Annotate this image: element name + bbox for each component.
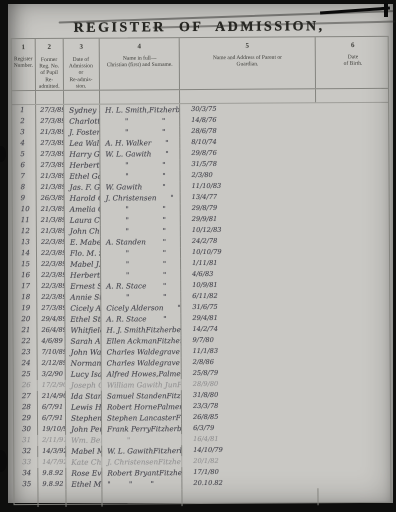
date-of-birth: 11/1/83 (182, 345, 318, 357)
parent-name: Charles Waldegrave (107, 357, 180, 368)
parent-guardian-cell: A. R. Stace" (101, 280, 181, 291)
date-of-birth: 13/4/77 (181, 191, 317, 203)
admission-date: 22/3/89 (37, 281, 65, 292)
parent-guardian-cell: "" (101, 258, 181, 269)
date-of-birth: 29/4/81 (181, 312, 317, 324)
parent-name: " (106, 291, 149, 302)
pupil-name: Whitfield Smith (65, 325, 101, 336)
parent-name: " (106, 214, 149, 225)
pupil-name: Kate Christensen (66, 457, 102, 468)
date-of-birth: 2/8/86 (182, 356, 318, 368)
admission-date: 2/12/89 (38, 358, 66, 369)
parent-guardian-cell: A. H. Walker" (100, 137, 180, 148)
parent-address (154, 478, 183, 489)
parent-name: " (106, 225, 149, 236)
pupil-name: Lewis Horne (66, 402, 102, 413)
column-number: 3 (79, 43, 83, 51)
date-of-birth: 26/8/85 (182, 411, 318, 423)
parent-guardian-cell: Charles Waldegrave (102, 346, 182, 357)
register-number: 27 (14, 391, 38, 402)
parent-name: " (106, 269, 149, 280)
date-of-birth: 29/9/81 (181, 213, 317, 225)
parent-address: Fitzherbert (146, 324, 182, 335)
pupil-name: Mabel Maginnity (66, 446, 102, 457)
parent-name: William Gawith Jun (107, 379, 177, 390)
admission-date: 27/3/89 (37, 303, 65, 314)
pupil-name: Joseph Gawith (66, 380, 102, 391)
date-of-birth: 23/3/78 (182, 400, 318, 412)
register-number: 10 (13, 204, 37, 215)
date-of-birth: 4/6/83 (181, 268, 317, 280)
admission-date: 22/3/89 (37, 237, 65, 248)
parent-address: " (156, 192, 180, 203)
admission-date: 17/2/90 (38, 380, 66, 391)
column-number: 6 (351, 41, 355, 49)
page-content: REGISTER OF ADMISSION, 1Register Number.… (6, 3, 394, 504)
parent-guardian-cell: A. R. Stace" (101, 313, 181, 324)
parent-name: " " " (107, 478, 154, 489)
pupil-name: Harry Gawith (64, 149, 100, 160)
admission-date: 2/11/91 (38, 435, 66, 446)
date-of-birth: 16/4/81 (182, 433, 318, 445)
parent-guardian-cell: A. Standen" (101, 236, 181, 247)
date-of-birth: 14/10/79 (182, 444, 318, 456)
admission-date: 14/7/92 (38, 457, 66, 468)
admission-date: 26/3/89 (37, 193, 65, 204)
pupil-name: Ethel Gawith (64, 171, 100, 182)
admission-date: 21/4/90 (38, 391, 66, 402)
admission-date: 6/7/91 (38, 413, 66, 424)
pupil-name: Annie Stace (65, 292, 101, 303)
pupil-name: John Christensen (65, 226, 101, 237)
admission-date: 21/3/89 (36, 171, 64, 182)
parent-guardian-cell: Charles Waldegrave (102, 357, 182, 368)
pupil-name: Stephen Lancaster (66, 413, 102, 424)
column-label: Former Reg. No. of Pupil Re- admitted. (37, 57, 62, 90)
date-of-birth: 10/12/83 (181, 224, 317, 236)
pupil-name: Ethel Stace (65, 314, 101, 325)
parent-name: " (106, 203, 149, 214)
register-number: 8 (13, 182, 37, 193)
pupil-name: John Waldegrave (66, 347, 102, 358)
column-label: Name and Address of Parent or Guardian. (211, 55, 284, 69)
register-number: 6 (12, 160, 36, 171)
pupil-name: Herbert Gawith (64, 160, 100, 171)
pupil-name: Sydney Smith (64, 105, 100, 116)
parent-guardian-cell: " (102, 434, 182, 445)
parent-guardian-cell: William Gawith JunFitzherbert (102, 379, 182, 390)
register-number: 19 (13, 303, 37, 314)
date-of-birth: 10/9/81 (181, 279, 317, 291)
register-number: 29 (14, 413, 38, 424)
parent-address: " (149, 247, 180, 258)
register-number: 14 (13, 248, 37, 259)
date-of-birth: 29/8/76 (180, 147, 316, 159)
page-title: REGISTER OF ADMISSION, (7, 19, 392, 37)
register-number: 12 (13, 226, 37, 237)
admission-date: 26/4/89 (37, 325, 65, 336)
column-number: 2 (47, 43, 51, 51)
parent-guardian-cell: " " " (102, 478, 182, 489)
column-header-2: 2Former Reg. No. of Pupil Re- admitted. (36, 39, 64, 90)
column-number: 4 (137, 42, 141, 50)
date-of-birth: 24/2/78 (181, 235, 317, 247)
admission-date: 22/3/89 (37, 259, 65, 270)
pupil-name: Jas. F. Gawith (65, 182, 101, 193)
parent-address: Fitzherbert (153, 445, 182, 456)
parent-name: " (105, 126, 148, 137)
parent-name: J. Christensen (107, 456, 158, 467)
admission-date: 3/2/90 (38, 369, 66, 380)
register-number: 5 (12, 149, 36, 160)
parent-name: Ellen Ackman (106, 335, 156, 346)
register-number: 23 (14, 347, 38, 358)
register-number: 3 (12, 127, 36, 138)
date-of-birth: 20/1/82 (182, 455, 318, 467)
parent-name: W. L. Gawith (107, 445, 153, 456)
register-number: 20 (13, 314, 37, 325)
register-number: 26 (14, 380, 38, 391)
scanned-register-photo: REGISTER OF ADMISSION, 1Register Number.… (0, 0, 396, 512)
pupil-name: John Perry (66, 424, 102, 435)
parent-address: " (149, 280, 180, 291)
parent-address: " (149, 269, 180, 280)
register-number: 25 (14, 369, 38, 380)
register-number: 33 (14, 457, 38, 468)
parent-guardian-cell: Alfred Howes,Palmerston Rd (102, 368, 182, 379)
date-of-birth: 31/8/80 (182, 389, 318, 401)
parent-name: " (105, 170, 148, 181)
parent-guardian-cell: "" (101, 269, 181, 280)
parent-name: " (105, 159, 148, 170)
date-of-birth: 29/8/79 (181, 202, 317, 214)
parent-guardian-cell: Cicely Alderson" (101, 302, 181, 313)
admission-date: 7/10/89 (38, 347, 66, 358)
parent-name: Samuel Standen (107, 390, 167, 401)
column-label: Name in full— Christian (first) and Surn… (104, 56, 174, 70)
register-number: 17 (13, 281, 37, 292)
parent-address: Fitzherbert (158, 456, 182, 467)
admission-date: 14/3/92 (38, 446, 66, 457)
register-number: 32 (14, 446, 38, 457)
parent-name: H. L. Smith, (105, 104, 149, 115)
parent-address: " (149, 313, 180, 324)
register-number: 4 (12, 138, 36, 149)
admission-date: 22/3/89 (37, 248, 65, 259)
parent-address: " (149, 225, 180, 236)
parent-name: Stephen Lancaster (107, 412, 176, 423)
parent-guardian-cell: Robert HornePalmerston (102, 401, 182, 412)
register-number: 13 (13, 237, 37, 248)
date-of-birth: 6/3/79 (182, 422, 318, 434)
date-of-birth: 28/6/78 (180, 125, 316, 137)
parent-guardian-cell: "" (101, 225, 181, 236)
parent-guardian-cell: "" (101, 291, 181, 302)
date-of-birth: 11/10/83 (181, 180, 317, 192)
table-footer-band (14, 488, 390, 507)
parent-name: " (106, 258, 149, 269)
parent-address: " (151, 137, 180, 148)
parent-guardian-cell: W. Gawith" (101, 181, 181, 192)
register-number: 28 (14, 402, 38, 413)
parent-address: " (149, 258, 180, 269)
parent-guardian-cell: "" (101, 247, 181, 258)
parent-name: Alfred Howes, (107, 368, 159, 379)
column-label: Date of Admission or Re-admis- sion. (67, 57, 95, 90)
admission-date: 9.8.92 (38, 468, 66, 479)
parent-name: " (107, 434, 150, 445)
parent-address: Fitzherbert (167, 390, 182, 401)
register-number: 18 (13, 292, 37, 303)
parent-guardian-cell: "" (101, 214, 181, 225)
pupil-name: Amelia Christensen (65, 204, 101, 215)
admission-date: 9.8.92 (38, 479, 66, 490)
parent-name: " (105, 115, 148, 126)
admission-date: 27/3/89 (36, 138, 64, 149)
pupil-name: Ethel Maud Bryant (66, 479, 102, 490)
parent-address: " (149, 203, 180, 214)
parent-guardian-cell: H. L. Smith,Fitzherbert (100, 104, 180, 115)
parent-guardian-cell: J. Christensen" (101, 192, 181, 203)
date-of-birth: 17/1/80 (182, 466, 318, 478)
parent-address: " (148, 115, 179, 126)
admission-date: 19/10/91 (38, 424, 66, 435)
parent-name: A. Standen (106, 236, 149, 247)
parent-guardian-cell: Robert BryantFitzherbert (102, 467, 182, 478)
date-of-birth: 2/3/80 (180, 169, 316, 181)
parent-guardian-cell: W. L. Gawith" (100, 148, 180, 159)
column-header-1: 1Register Number. (12, 39, 36, 90)
register-number: 30 (14, 424, 38, 435)
parent-name: Robert Bryant (107, 467, 159, 478)
admission-date: 21/3/89 (37, 204, 65, 215)
parent-name: A. H. Walker (105, 137, 151, 148)
column-header-5: 5Name and Address of Parent or Guardian. (180, 37, 316, 89)
admission-date: 21/3/89 (37, 215, 65, 226)
pupil-name: E. Mabel Standen (65, 237, 101, 248)
register-number: 11 (13, 215, 37, 226)
pupil-name: Rose Eva Bryant (66, 468, 102, 479)
parent-address (150, 434, 181, 445)
parent-name: W. L. Gawith (105, 148, 151, 159)
film-edge-blemish (0, 146, 6, 162)
register-number: 31 (14, 435, 38, 446)
admission-date: 21/3/89 (37, 226, 65, 237)
date-of-birth: 14/2/74 (181, 323, 317, 335)
date-of-birth: 28/9/80 (182, 378, 318, 390)
pupil-name: Norman Waldegrave (66, 358, 102, 369)
column-number: 1 (21, 43, 25, 51)
register-number: 16 (13, 270, 37, 281)
pupil-name: Harold Christensen (65, 193, 101, 204)
pupil-name: J. Foster Smith (64, 127, 100, 138)
parent-address: Fitzherbert (157, 335, 182, 346)
parent-guardian-cell: "" (100, 159, 180, 170)
admission-date: 21/3/89 (36, 127, 64, 138)
parent-address: " (149, 214, 180, 225)
pupil-name: Lea Walker (64, 138, 100, 149)
admission-date: 21/3/89 (37, 182, 65, 193)
column-header-4: 4Name in full— Christian (first) and Sur… (100, 38, 180, 89)
register-page: REGISTER OF ADMISSION, 1Register Number.… (8, 4, 393, 503)
admission-date: 4/6/89 (38, 336, 66, 347)
pupil-name: Ernest Stace (65, 281, 101, 292)
column-header-3: 3Date of Admission or Re-admis- sion. (64, 39, 100, 90)
parent-name: W. Gawith (106, 181, 149, 192)
date-of-birth: 10/10/79 (181, 246, 317, 258)
photo-corner-mark (384, 3, 388, 17)
parent-address: Fitzherbert (159, 467, 182, 478)
parent-address: " (149, 236, 180, 247)
register-number: 35 (14, 479, 38, 490)
register-row: 312/11/91Wm. Bennett Perry"16/4/81 (14, 433, 390, 446)
pupil-name: Laura Christensen (65, 215, 101, 226)
register-number: 1 (12, 105, 36, 116)
parent-guardian-cell: "" (100, 126, 180, 137)
register-number: 9 (13, 193, 37, 204)
parent-name: H. J. Smith (106, 324, 145, 335)
table-rows: 127/3/89Sydney SmithH. L. Smith,Fitzherb… (12, 103, 390, 490)
parent-guardian-cell: "" (100, 170, 180, 181)
parent-name: A. R. Stace (106, 280, 149, 291)
register-number: 15 (13, 259, 37, 270)
parent-name: Cicely Alderson (106, 302, 163, 313)
register-row: 3314/7/92Kate ChristensenJ. ChristensenF… (14, 455, 390, 468)
pupil-name: Sarah Ann Johnstone (66, 336, 102, 347)
parent-guardian-cell: Stephen LancasterFitzherbert (102, 412, 182, 423)
pupil-name: Flo. M. Standen (65, 248, 101, 259)
pupil-name: Ida Standen (66, 391, 102, 402)
date-of-birth: 1/11/81 (181, 257, 317, 269)
date-of-birth: 30/3/75 (180, 103, 316, 115)
parent-guardian-cell: J. ChristensenFitzherbert (102, 456, 182, 467)
date-of-birth: 31/6/75 (181, 301, 317, 313)
parent-address: Fitzherbert (149, 104, 180, 115)
admission-date: 6/7/91 (38, 402, 66, 413)
parent-guardian-cell: "" (101, 203, 181, 214)
parent-name: Frank Perry (107, 423, 151, 434)
register-number: 34 (14, 468, 38, 479)
parent-address: " (148, 159, 179, 170)
register-number: 7 (12, 171, 36, 182)
parent-address: " (148, 126, 179, 137)
register-number: 24 (14, 358, 38, 369)
date-of-birth: 8/10/74 (180, 136, 316, 148)
admission-date: 22/3/89 (37, 292, 65, 303)
parent-name: A. R. Stace (106, 313, 149, 324)
pupil-name: Cicely Alderson (65, 303, 101, 314)
date-of-birth: 14/8/76 (180, 114, 316, 126)
column-label: Date of Birth. (342, 55, 364, 68)
pupil-name: Mabel J. Standen (65, 259, 101, 270)
parent-guardian-cell: "" (100, 115, 180, 126)
pupil-name: Lucy Isabel Howes (66, 369, 102, 380)
parent-guardian-cell: Samuel StandenFitzherbert (102, 390, 182, 401)
pupil-name: Wm. Bennett Perry (66, 435, 102, 446)
pupil-name: Charlotte Smith (64, 116, 100, 127)
admission-date: 27/3/89 (36, 105, 64, 116)
parent-address: " (163, 302, 181, 313)
date-of-birth: 6/11/82 (181, 290, 317, 302)
admission-date: 29/4/89 (37, 314, 65, 325)
parent-address: " (148, 170, 179, 181)
admission-date: 22/3/89 (37, 270, 65, 281)
parent-name: Robert Horne (107, 401, 157, 412)
parent-guardian-cell: W. L. GawithFitzherbert (102, 445, 182, 456)
parent-address: Palmerston (157, 401, 182, 412)
parent-address: Fitzherbert (151, 423, 182, 434)
parent-name: " (106, 247, 149, 258)
parent-guardian-cell: Frank PerryFitzherbert (102, 423, 182, 434)
parent-name: J. Christensen (106, 192, 157, 203)
parent-address: " (149, 291, 180, 302)
date-of-birth: 20.10.82 (182, 477, 318, 489)
register-number: 21 (13, 325, 37, 336)
date-of-birth: 25/8/79 (182, 367, 318, 379)
parent-address: " (148, 181, 179, 192)
table-header-row: 1Register Number.2Former Reg. No. of Pup… (12, 37, 388, 91)
admission-date: 27/3/89 (36, 149, 64, 160)
parent-guardian-cell: H. J. SmithFitzherbert (101, 324, 181, 335)
date-of-birth: 9/7/80 (181, 334, 317, 346)
date-of-birth: 31/5/78 (180, 158, 316, 170)
film-edge-blemish (0, 450, 7, 472)
parent-address: " (151, 148, 180, 159)
column-header-6: 6Date of Birth. (316, 37, 390, 88)
register-number: 2 (12, 116, 36, 127)
column-label: Register Number. (12, 57, 35, 70)
admission-date: 27/3/89 (36, 160, 64, 171)
admission-date: 27/3/89 (36, 116, 64, 127)
column-number: 5 (245, 42, 249, 50)
admission-table: 1Register Number.2Former Reg. No. of Pup… (11, 36, 392, 505)
parent-address: Palmerston Rd (158, 368, 181, 379)
register-row: 2617/2/90Joseph GawithWilliam Gawith Jun… (14, 378, 390, 391)
parent-guardian-cell: Ellen AckmanFitzherbert (101, 335, 181, 346)
parent-name: Charles Waldegrave (107, 346, 180, 357)
register-number: 22 (14, 336, 38, 347)
pupil-name: Herbert C. Standen (65, 270, 101, 281)
